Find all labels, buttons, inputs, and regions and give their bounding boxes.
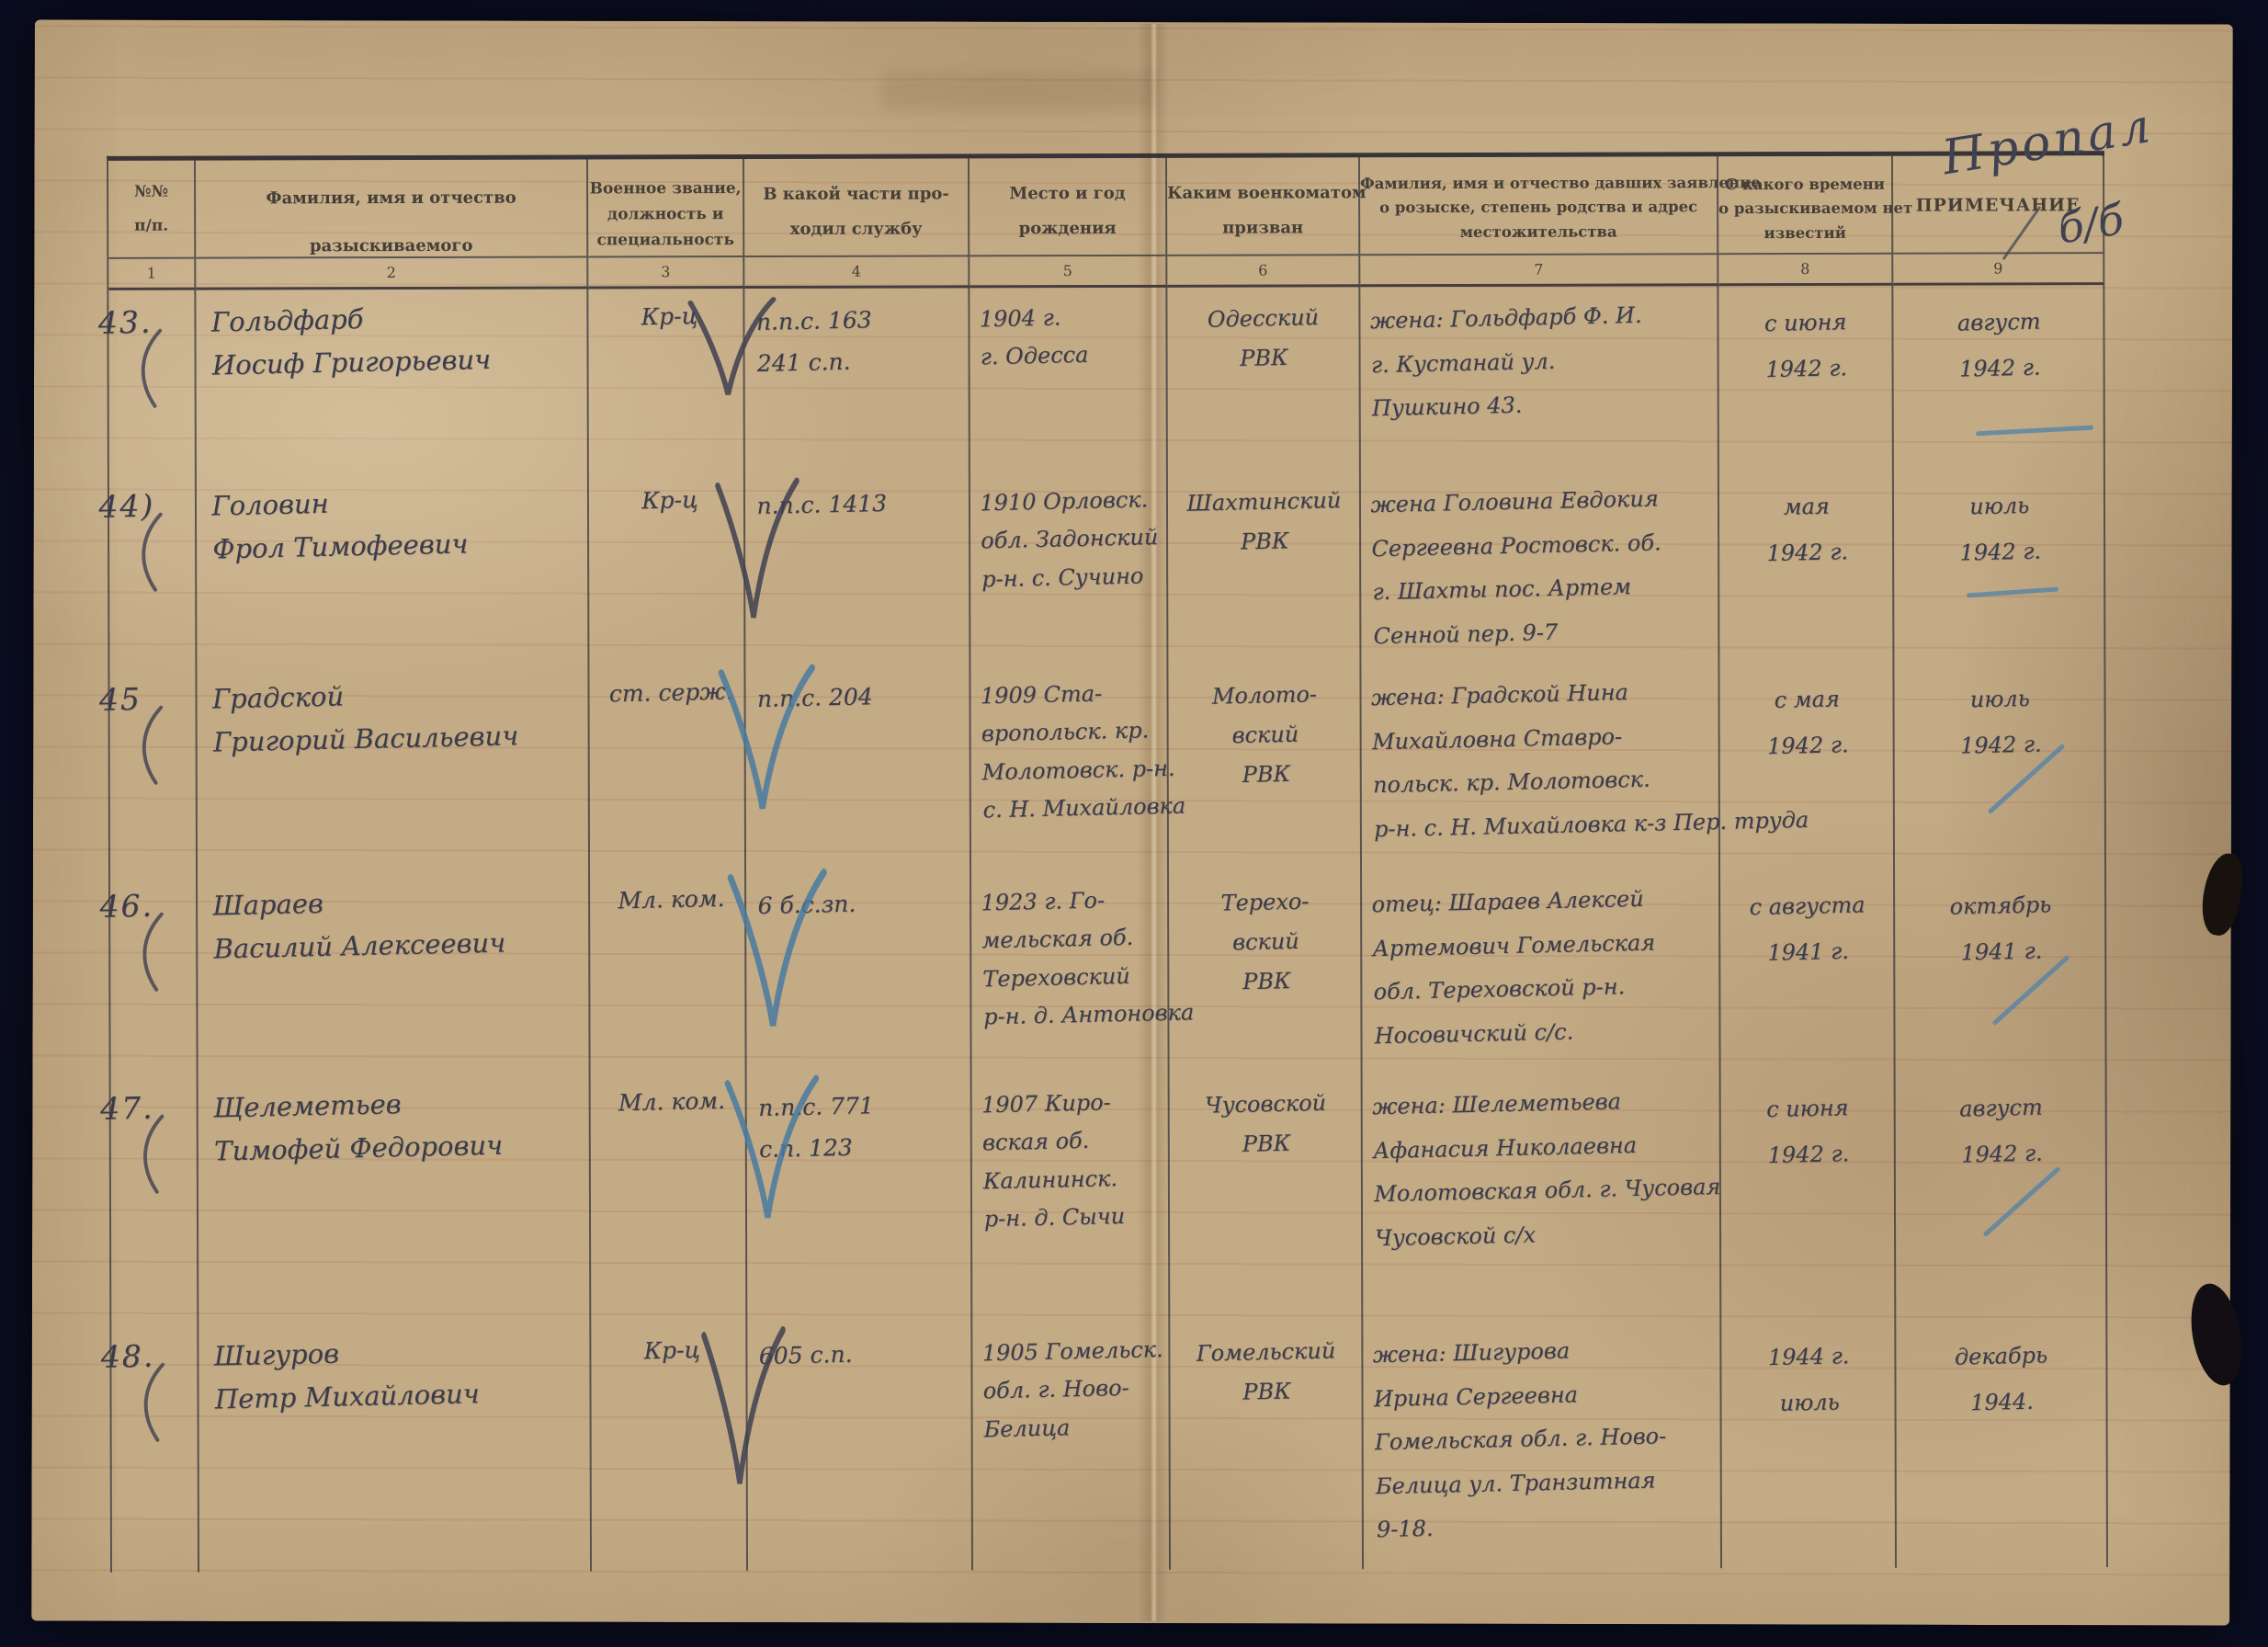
r45-commissariat: Молото- вский РВК (1168, 664, 1362, 871)
r45-applicant: жена: Градской Нина Михайловна Ставро- п… (1361, 663, 1720, 870)
r48-note: декабрь 1944. (1896, 1319, 2108, 1568)
colnum-7: 7 (1360, 255, 1718, 287)
pen-flourish (135, 1363, 166, 1444)
r45-missing-since: с мая 1942 г. (1719, 663, 1895, 869)
r44-num: 44) (109, 474, 198, 667)
r46-missing-since: с августа 1941 г. (1720, 869, 1896, 1072)
r47-missing-since: с июня 1942 г. (1721, 1072, 1897, 1320)
r45-name: Градской Григорий Васильевич (197, 665, 590, 873)
r43-name: Гольдфарб Иосиф Григорьевич (196, 289, 589, 473)
r43-birth: 1904 г. г. Одесса (970, 288, 1168, 472)
header-col-6: Каким военкоматом призван (1167, 157, 1360, 256)
r48-commissariat: Гомельский РВК (1170, 1321, 1364, 1570)
r44-note: июль 1942 г. (1894, 469, 2106, 663)
r47-name: Щелеметьев Тимофей Федорович (198, 1074, 592, 1323)
colnum-3: 3 (588, 257, 744, 289)
r47-applicant: жена: Шелеметьева Афанасия Николаевна Мо… (1363, 1072, 1722, 1321)
r46-commissariat: Терехо- вский РВК (1169, 870, 1363, 1073)
r45-num: 45 (109, 667, 198, 874)
note-line-2: б/б (2054, 187, 2171, 254)
r48-applicant: жена: Шигурова Ирина Сергеевна Гомельска… (1363, 1320, 1722, 1569)
colnum-8: 8 (1718, 255, 1893, 286)
checkmark-icon (698, 1322, 790, 1492)
header-col-4: В какой части про- ходил службу (744, 158, 970, 257)
r48-birth: 1905 Гомельск. обл. г. Ново- Белица (972, 1322, 1171, 1571)
r48-missing-since: 1944 г. июль (1721, 1320, 1897, 1568)
header-col-1: №№ п/п. (108, 161, 196, 259)
r43-applicant: жена: Гольдфарб Ф. И. г. Кустанай ул. Пу… (1360, 286, 1719, 471)
ink-smudge (882, 72, 1158, 110)
header-col-5: Место и год рождения (970, 158, 1167, 257)
r44-name: Головин Фрол Тимофеевич (197, 472, 590, 666)
r48-num: 48. (111, 1324, 199, 1573)
r46-applicant: отец: Шараев Алексей Артемович Гомельска… (1362, 869, 1721, 1073)
r43-missing-since: с июня 1942 г. (1718, 286, 1894, 470)
checkmark-icon (721, 1071, 824, 1225)
r46-name: Шараев Василий Алексеевич (198, 872, 591, 1075)
r48-name: Шигуров Петр Михайлович (198, 1323, 592, 1572)
header-col-7: Фамилия, имя и отчество давших заявление… (1360, 156, 1718, 256)
handwritten-header-note: Пропал б/б (1933, 63, 2176, 303)
r44-missing-since: мая 1942 г. (1719, 470, 1895, 663)
r44-commissariat: Шахтинский РВК (1168, 471, 1362, 664)
colnum-2: 2 (196, 257, 588, 290)
scanned-register-page: №№ п/п. Фамилия, имя и отчество разыскив… (0, 0, 2268, 1647)
note-line-1: Пропал (1939, 98, 2158, 186)
r44-birth: 1910 Орловск. обл. Задонский р-н. с. Суч… (970, 471, 1169, 665)
pen-flourish (134, 706, 165, 787)
colnum-6: 6 (1167, 256, 1360, 288)
r43-note: август 1942 г. (1893, 285, 2105, 470)
r45-note: июль 1942 г. (1894, 662, 2106, 869)
register-table: №№ п/п. Фамилия, имя и отчество разыскив… (107, 151, 2108, 1573)
pen-flourish (135, 1115, 166, 1196)
colnum-5: 5 (970, 256, 1167, 289)
colnum-1: 1 (108, 259, 196, 290)
pen-flourish (132, 329, 164, 410)
r47-num: 47. (111, 1076, 199, 1324)
pen-flourish (134, 913, 165, 994)
header-col-2: Фамилия, имя и отчество разыскиваемого (196, 159, 588, 258)
checkmark-icon (715, 660, 821, 816)
r43-num: 43. (108, 290, 197, 474)
header-col-3: Военное звание, должность и специальност… (588, 159, 744, 257)
r44-applicant: жена Головина Евдокия Сергеевна Ростовск… (1361, 470, 1720, 664)
r45-birth: 1909 Ста- вропольск. кр. Молотовск. р-н.… (970, 664, 1169, 872)
header-col-8: С какого времени о разыскиваемом нет изв… (1718, 156, 1893, 255)
r47-birth: 1907 Киро- вская об. Калининск. р-н. д. … (972, 1073, 1171, 1323)
checkmark-icon (685, 294, 781, 400)
r43-commissariat: Одесский РВК (1167, 287, 1361, 471)
r47-note: август 1942 г. (1896, 1071, 2108, 1320)
colnum-4: 4 (744, 256, 970, 289)
pen-flourish (133, 513, 164, 594)
r46-num: 46. (110, 874, 198, 1076)
checkmark-icon (712, 473, 804, 625)
r47-commissariat: Чусовской РВК (1170, 1073, 1364, 1322)
r46-note: октябрь 1941 г. (1895, 869, 2107, 1072)
r46-birth: 1923 г. Го- мельская об. Тереховский р-н… (971, 871, 1170, 1074)
checkmark-icon (724, 864, 833, 1034)
